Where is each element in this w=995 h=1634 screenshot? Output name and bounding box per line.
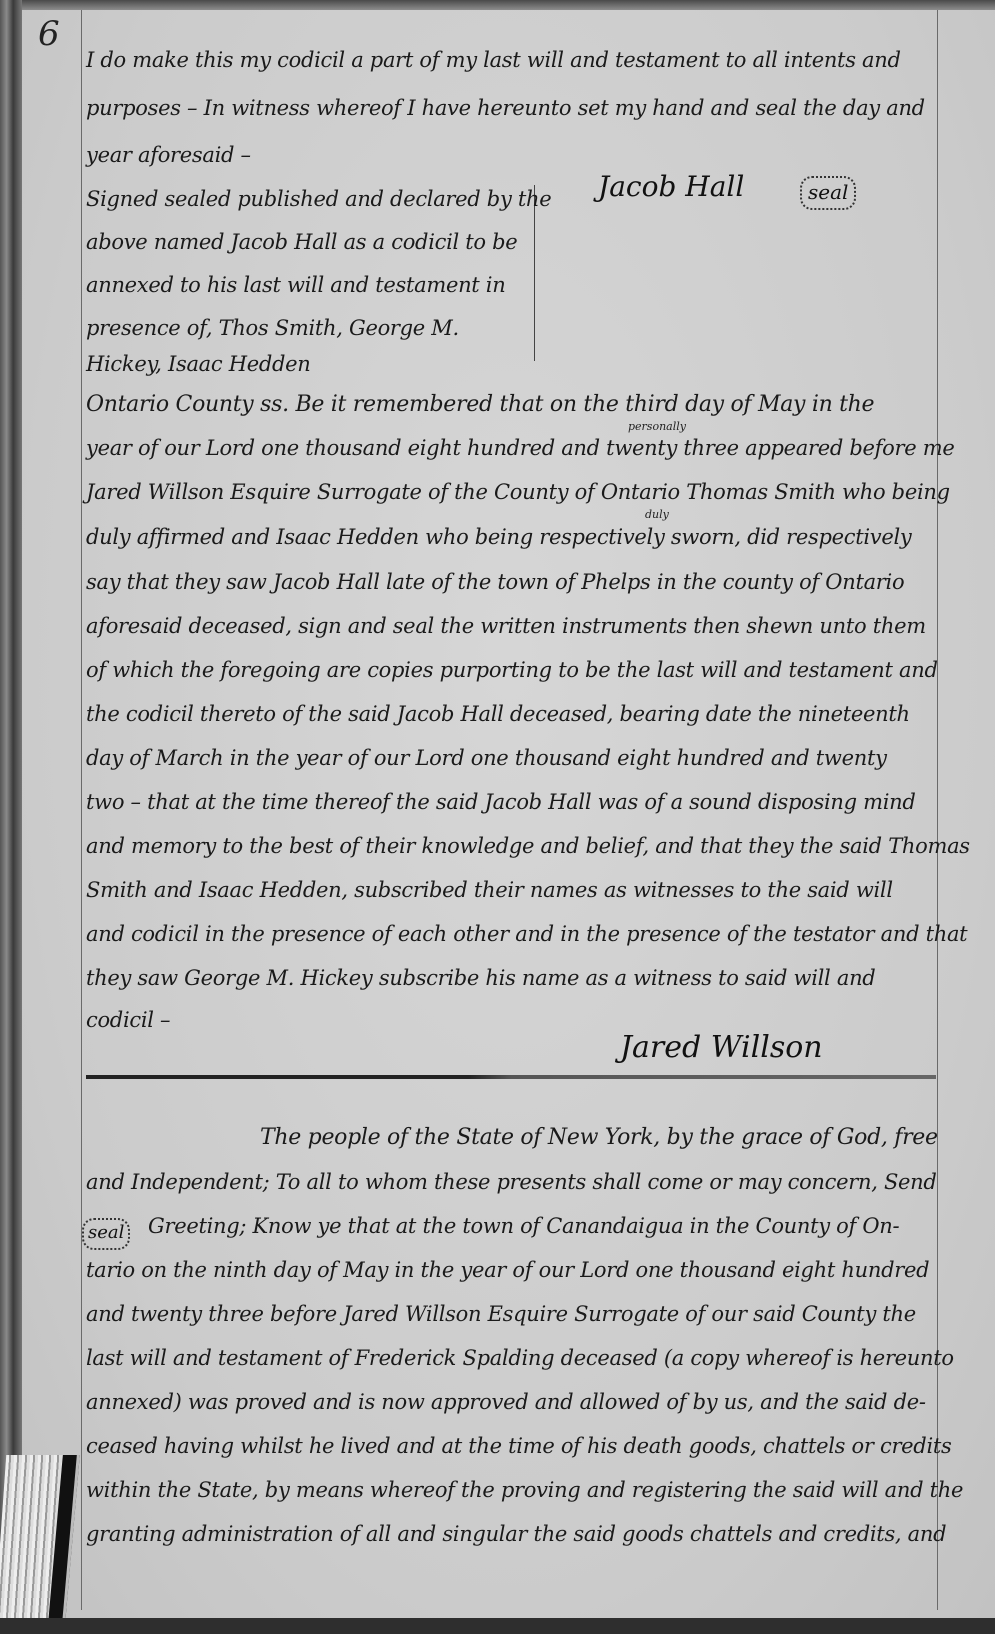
probate-line: of which the foregoing are copies purpor… [86,658,938,682]
interlineation: duly [645,508,669,521]
attestation-line: Hickey, Isaac Hedden [86,352,311,376]
interlineation: personally [628,420,686,433]
section-divider [86,1075,936,1079]
letters-line: The people of the State of New York, by … [260,1125,938,1150]
letters-line: and Independent; To all to whom these pr… [86,1170,937,1194]
probate-line: and memory to the best of their knowledg… [86,834,970,858]
probate-line: duly affirmed and Isaac Hedden who being… [86,525,911,549]
letters-line: last will and testament of Frederick Spa… [86,1346,954,1370]
attestation-line: Signed sealed published and declared by … [86,187,551,211]
probate-line: and codicil in the presence of each othe… [86,922,967,946]
letters-line: within the State, by means whereof the p… [86,1478,963,1502]
probate-line: Smith and Isaac Hedden, subscribed their… [86,878,893,902]
probate-line: codicil – [86,1008,170,1032]
probate-line: Jared Willson Esquire Surrogate of the C… [86,480,950,504]
attestation-line: annexed to his last will and testament i… [86,273,505,297]
attestation-line: above named Jacob Hall as a codicil to b… [86,230,517,254]
letters-line: and twenty three before Jared Willson Es… [86,1302,916,1326]
book-frame-bottom [0,1618,995,1634]
seal-stamp: seal [82,1218,130,1250]
letters-line: annexed) was proved and is now approved … [86,1390,926,1414]
probate-line: two – that at the time thereof the said … [86,790,916,814]
letters-line: ceased having whilst he lived and at the… [86,1434,951,1458]
probate-line: Ontario County ss. Be it remembered that… [86,392,874,417]
attestation-line: presence of, Thos Smith, George M. [86,316,459,340]
seal-stamp: seal [800,176,856,210]
letters-line: granting administration of all and singu… [86,1522,946,1546]
probate-line: year of our Lord one thousand eight hund… [86,436,954,460]
probate-line: day of March in the year of our Lord one… [86,746,887,770]
codicil-line: I do make this my codicil a part of my l… [86,48,901,72]
surrogate-signature: Jared Willson [620,1030,823,1065]
letters-line: tario on the ninth day of May in the yea… [86,1258,929,1282]
probate-line: they saw George M. Hickey subscribe his … [86,966,875,990]
codicil-line: year aforesaid – [86,143,251,167]
probate-line: aforesaid deceased, sign and seal the wr… [86,614,926,638]
probate-line: the codicil thereto of the said Jacob Ha… [86,702,910,726]
codicil-line: purposes – In witness whereof I have her… [86,96,925,120]
probate-line: say that they saw Jacob Hall late of the… [86,570,904,594]
testator-signature: Jacob Hall [598,170,744,203]
book-binding [0,0,22,1634]
right-margin-rule [937,10,938,1610]
letters-line: Greeting; Know ye that at the town of Ca… [148,1214,899,1238]
page-number: 6 [38,14,60,54]
